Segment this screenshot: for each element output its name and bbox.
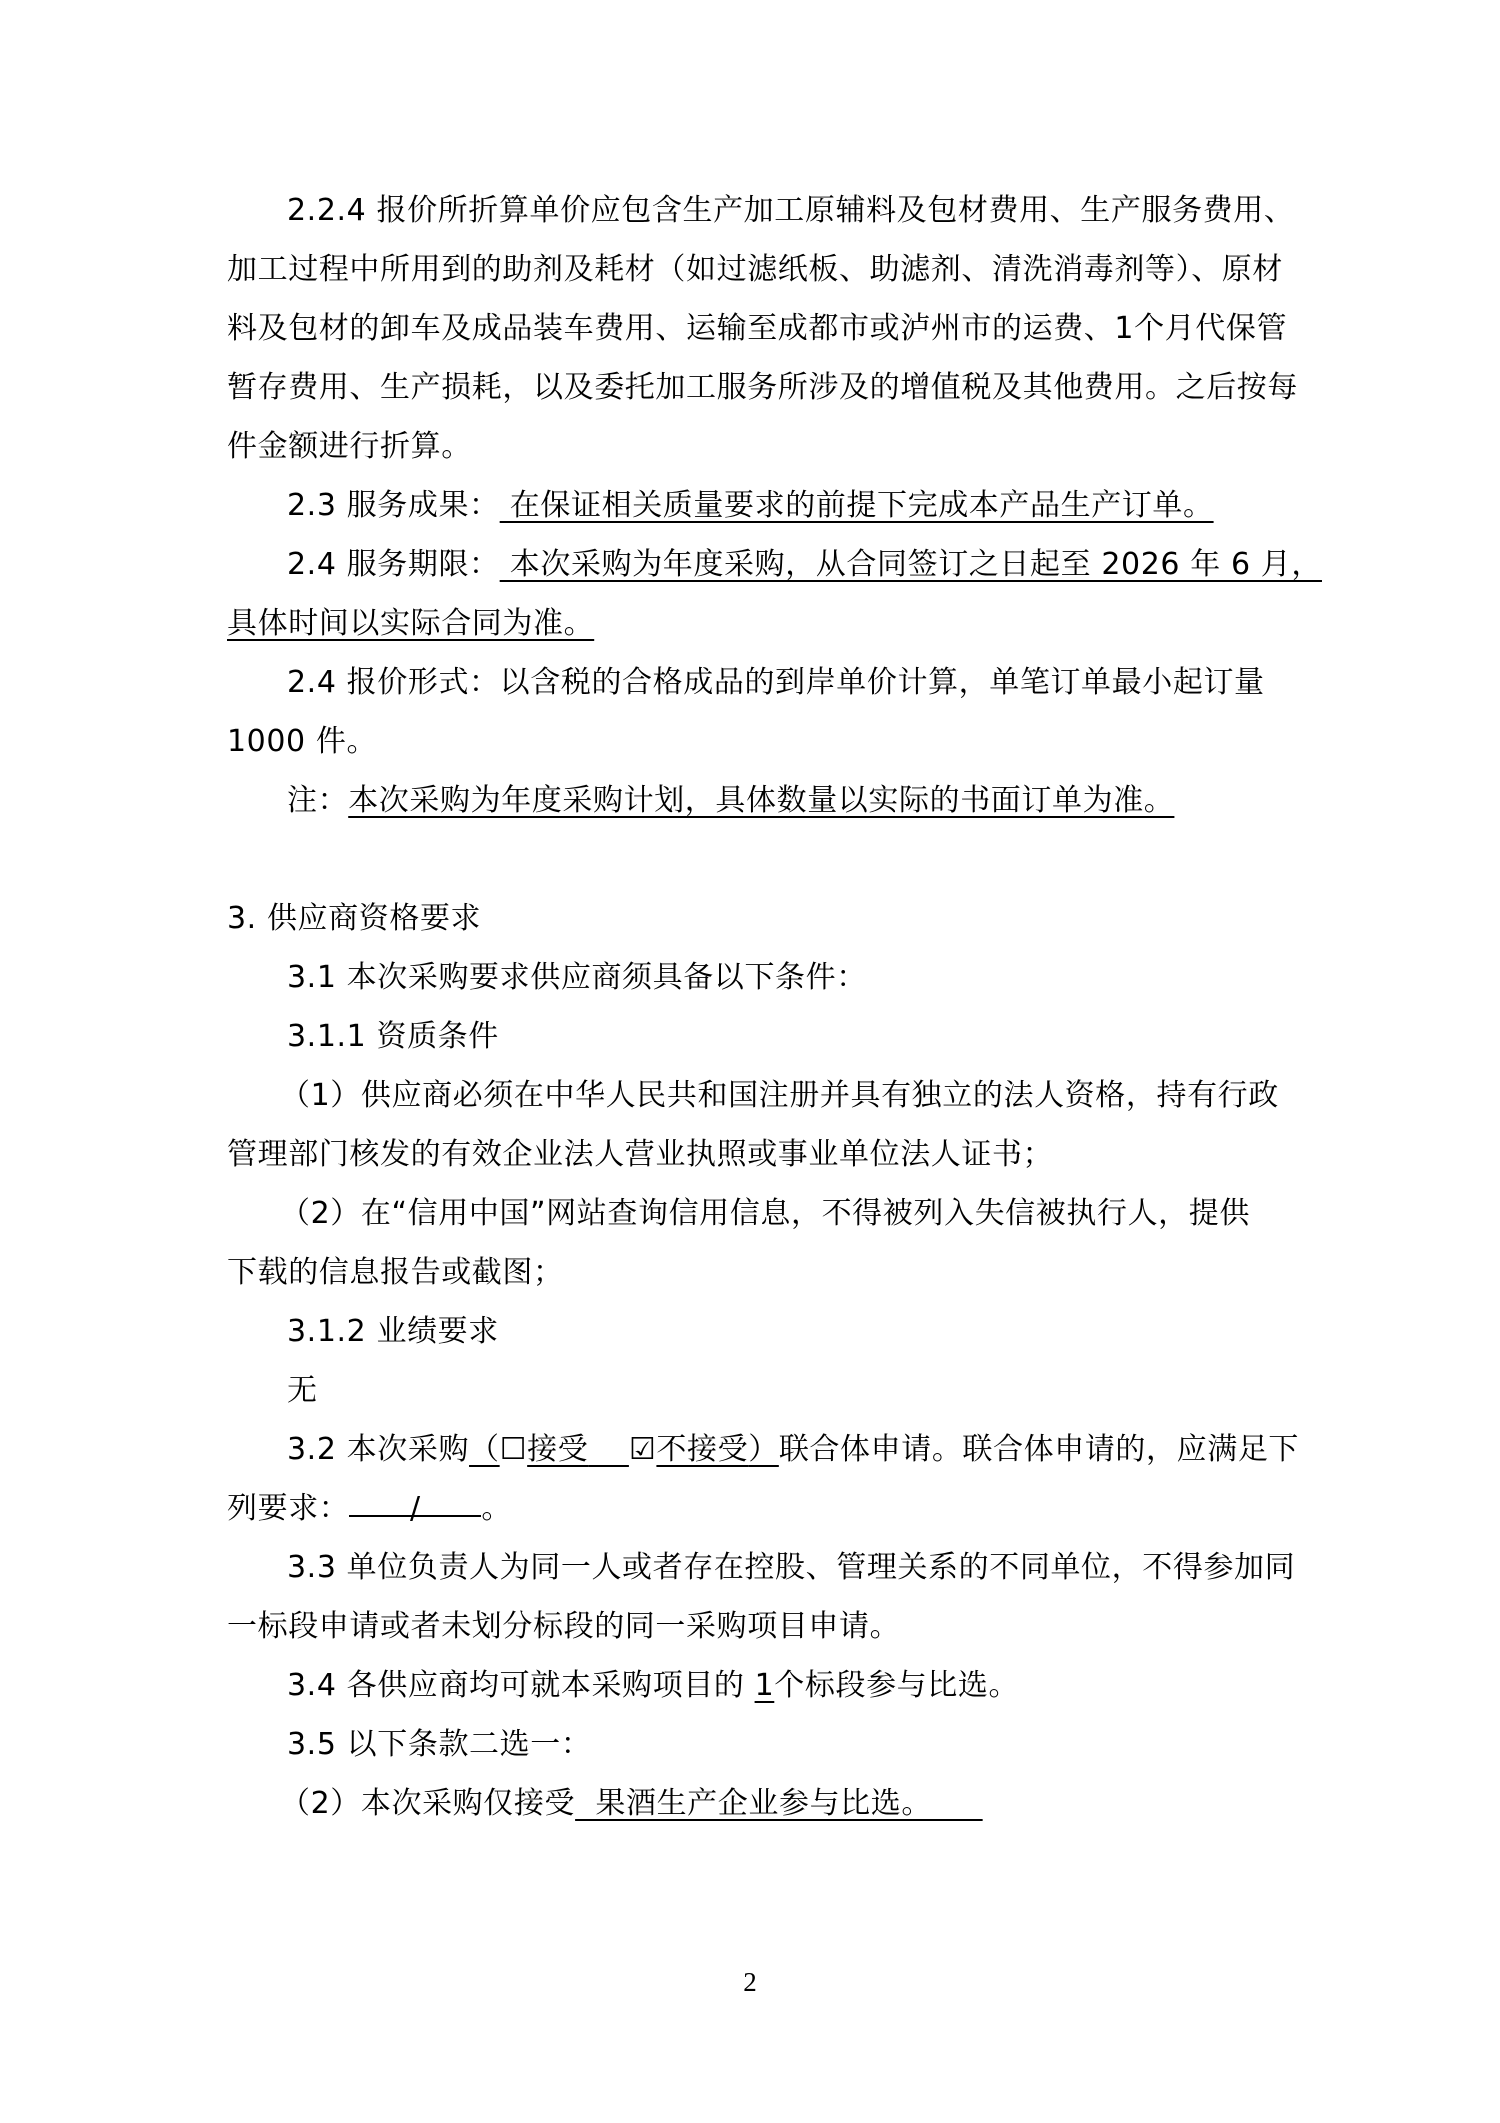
paragraph-2-4-term-line-2: 具体时间以实际合同为准。 xyxy=(227,594,1277,653)
consortium-requirement-blank: / xyxy=(349,1479,481,1517)
document-page: 2.2.4 报价所折算单价应包含生产加工原辅料及包材费用、生产服务费用、 加工过… xyxy=(0,0,1500,2123)
paragraph-2-3: 2.3 服务成果： 在保证相关质量要求的前提下完成本产品生产订单。 xyxy=(287,476,1277,535)
paragraph-3-2-line-1: 3.2 本次采购（☐接受 ☑不接受）联合体申请。联合体申请的，应满足下 xyxy=(287,1420,1277,1479)
reject-checkbox-checked-icon[interactable]: ☑ xyxy=(629,1420,657,1479)
paragraph-3-4: 3.4 各供应商均可就本采购项目的 1个标段参与比选。 xyxy=(287,1656,1277,1715)
paragraph-2-4-quote-line-1: 2.4 报价形式：以含税的合格成品的到岸单价计算，单笔订单最小起订量 xyxy=(287,653,1277,712)
qualification-item-1-line-1: （1）供应商必须在中华人民共和国注册并具有独立的法人资格，持有行政 xyxy=(280,1066,1270,1125)
paragraph-3-1-1-heading: 3.1.1 资质条件 xyxy=(287,1007,1277,1066)
page-number: 2 xyxy=(735,1962,765,2002)
paren-open: （ xyxy=(469,1432,500,1467)
paragraph-2-2-4-line-1: 2.2.4 报价所折算单价应包含生产加工原辅料及包材费用、生产服务费用、 xyxy=(287,181,1277,240)
reject-option-label: 不接受 xyxy=(656,1432,748,1467)
section-3-heading: 3. 供应商资格要求 xyxy=(227,889,1277,948)
consortium-requirement-end: 。 xyxy=(481,1491,512,1526)
service-term-value-cont: 具体时间以实际合同为准。 xyxy=(227,606,594,641)
paragraph-3-3-line-2: 一标段申请或者未划分标段的同一采购项目申请。 xyxy=(227,1597,1277,1656)
note-value: 本次采购为年度采购计划，具体数量以实际的书面订单为准。 xyxy=(348,783,1174,818)
note-label: 注： xyxy=(287,783,348,818)
qualification-item-1-line-2: 管理部门核发的有效企业法人营业执照或事业单位法人证书； xyxy=(227,1125,1277,1184)
service-term-label: 2.4 服务期限： xyxy=(287,547,500,582)
lot-count-value: 1 xyxy=(755,1668,775,1703)
performance-requirement-value: 无 xyxy=(287,1361,1277,1420)
option-2-prefix: （2）本次采购仅接受 xyxy=(280,1786,575,1821)
qualification-item-2-line-2: 下载的信息报告或截图； xyxy=(227,1243,1277,1302)
service-term-value: 本次采购为年度采购，从合同签订之日起至 2026 年 6 月， xyxy=(500,547,1322,582)
service-result-label: 2.3 服务成果： xyxy=(287,488,500,523)
accept-checkbox-icon[interactable]: ☐ xyxy=(500,1420,528,1479)
paragraph-3-1: 3.1 本次采购要求供应商须具备以下条件： xyxy=(287,948,1277,1007)
consortium-prefix: 3.2 本次采购 xyxy=(287,1432,469,1467)
note-paragraph: 注：本次采购为年度采购计划，具体数量以实际的书面订单为准。 xyxy=(287,771,1277,830)
lot-count-suffix: 个标段参与比选。 xyxy=(774,1668,1019,1703)
service-result-value: 在保证相关质量要求的前提下完成本产品生产订单。 xyxy=(500,488,1214,523)
paragraph-2-4-term-line-1: 2.4 服务期限： 本次采购为年度采购，从合同签订之日起至 2026 年 6 月… xyxy=(287,535,1277,594)
consortium-options: （☐接受 ☑不接受） xyxy=(469,1432,779,1467)
paragraph-2-2-4-line-5: 件金额进行折算。 xyxy=(227,417,1277,476)
paragraph-3-5-heading: 3.5 以下条款二选一： xyxy=(287,1715,1277,1774)
paragraph-2-2-4-line-2: 加工过程中所用到的助剂及耗材（如过滤纸板、助滤剂、清洗消毒剂等）、原材 xyxy=(227,240,1277,299)
consortium-requirement-label: 列要求： xyxy=(227,1491,349,1526)
paragraph-2-4-quote-line-2: 1000 件。 xyxy=(227,712,1277,771)
option-2-value: 果酒生产企业参与比选。 xyxy=(575,1786,983,1821)
paragraph-2-2-4-line-4: 暂存费用、生产损耗，以及委托加工服务所涉及的增值税及其他费用。之后按每 xyxy=(227,358,1277,417)
paragraph-3-2-line-2: 列要求：/。 xyxy=(227,1479,1277,1538)
paragraph-3-5-option-2: （2）本次采购仅接受 果酒生产企业参与比选。 xyxy=(280,1774,1270,1833)
paragraph-3-1-2-heading: 3.1.2 业绩要求 xyxy=(287,1302,1277,1361)
paragraph-3-3-line-1: 3.3 单位负责人为同一人或者存在控股、管理关系的不同单位，不得参加同 xyxy=(287,1538,1277,1597)
paragraph-2-2-4-line-3: 料及包材的卸车及成品装车费用、运输至成都市或泸州市的运费、1个月代保管 xyxy=(227,299,1277,358)
paren-close: ） xyxy=(748,1432,779,1467)
qualification-item-2-line-1: （2）在“信用中国”网站查询信用信息，不得被列入失信被执行人，提供 xyxy=(280,1184,1270,1243)
accept-option-label: 接受 xyxy=(527,1432,588,1467)
consortium-suffix: 联合体申请。联合体申请的，应满足下 xyxy=(779,1432,1299,1467)
lot-count-prefix: 3.4 各供应商均可就本采购项目的 xyxy=(287,1668,755,1703)
